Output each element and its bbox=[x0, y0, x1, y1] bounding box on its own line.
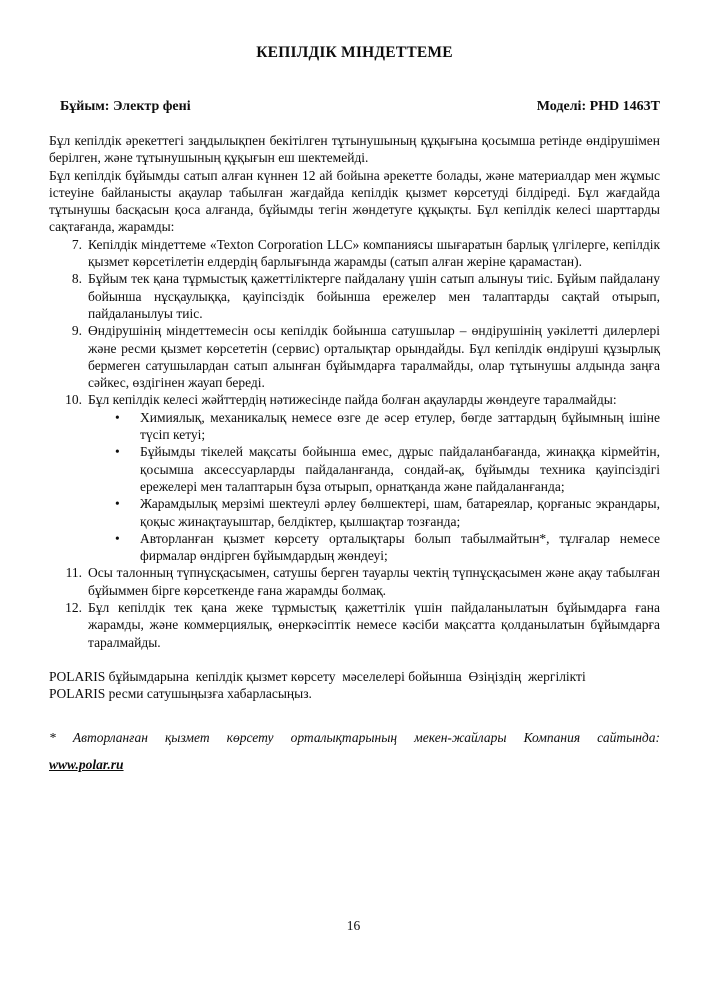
list-item-11: 11. Осы талонның түпнұсқасымен, сатушы б… bbox=[49, 564, 660, 599]
bullet-icon: • bbox=[49, 530, 140, 565]
list-item-7-number: 7. bbox=[49, 236, 88, 271]
intro-paragraph-2: Бұл кепілдік бұйымды сатып алған күннен … bbox=[49, 167, 660, 236]
product-model-row: Бұйым: Электр фені Моделі: PHD 1463T bbox=[49, 99, 660, 115]
bullet-icon: • bbox=[49, 443, 140, 495]
exclusion-bullet-3: • Жарамдылық мерзімі шектеулі әрлеу бөлш… bbox=[49, 495, 660, 530]
footnote-text: * Авторланған қызмет көрсету орталықтары… bbox=[49, 729, 660, 746]
exclusion-bullet-4: • Авторланған қызмет көрсету орталықтары… bbox=[49, 530, 660, 565]
list-item-8-text: Бұйым тек қана тұрмыстық қажеттіліктерге… bbox=[88, 270, 660, 322]
exclusion-bullet-1: • Химиялық, механикалық немесе өзге де ә… bbox=[49, 409, 660, 444]
polaris-contact-note: POLARIS бұйымдарына кепілдік қызмет көрс… bbox=[49, 668, 660, 703]
list-item-9-number: 9. bbox=[49, 322, 88, 391]
model-label: Моделі: PHD 1463T bbox=[537, 99, 660, 115]
list-item-10: 10. Бұл кепілдік келесі жәйттердің нәтиж… bbox=[49, 391, 660, 408]
list-item-10-number: 10. bbox=[49, 391, 88, 408]
warranty-terms-list: 7. Кепілдік міндеттеме «Texton Corporati… bbox=[49, 236, 660, 651]
list-item-12-number: 12. bbox=[49, 599, 88, 651]
polaris-note-line2: POLARIS ресми сатушыңызға хабарласыңыз. bbox=[49, 686, 312, 701]
exclusion-bullet-2-text: Бұйымды тікелей мақсаты бойынша емес, дұ… bbox=[140, 443, 660, 495]
list-item-12: 12. Бұл кепілдік тек қана жеке тұрмыстық… bbox=[49, 599, 660, 651]
list-item-11-text: Осы талонның түпнұсқасымен, сатушы берге… bbox=[88, 564, 660, 599]
list-item-7: 7. Кепілдік міндеттеме «Texton Corporati… bbox=[49, 236, 660, 271]
list-item-12-text: Бұл кепілдік тек қана жеке тұрмыстық қаж… bbox=[88, 599, 660, 651]
polaris-note-line1: POLARIS бұйымдарына кепілдік қызмет көрс… bbox=[49, 669, 586, 684]
footnote: * Авторланған қызмет көрсету орталықтары… bbox=[49, 729, 660, 774]
exclusion-bullet-2: • Бұйымды тікелей мақсаты бойынша емес, … bbox=[49, 443, 660, 495]
list-item-10-text: Бұл кепілдік келесі жәйттердің нәтижесін… bbox=[88, 391, 660, 408]
exclusion-bullet-4-text: Авторланған қызмет көрсету орталықтары б… bbox=[140, 530, 660, 565]
list-item-7-text: Кепілдік міндеттеме «Texton Corporation … bbox=[88, 236, 660, 271]
page-number: 16 bbox=[0, 918, 707, 934]
bullet-icon: • bbox=[49, 495, 140, 530]
exclusion-bullet-1-text: Химиялық, механикалық немесе өзге де әсе… bbox=[140, 409, 660, 444]
list-item-8: 8. Бұйым тек қана тұрмыстық қажеттілікте… bbox=[49, 270, 660, 322]
exclusions-bullet-list: • Химиялық, механикалық немесе өзге де ә… bbox=[49, 409, 660, 565]
warranty-document-page: КЕПІЛДІК МІНДЕТТЕМЕ Бұйым: Электр фені М… bbox=[0, 0, 707, 1000]
list-item-11-number: 11. bbox=[49, 564, 88, 599]
footnote-url-link[interactable]: www.polar.ru bbox=[49, 756, 124, 773]
exclusion-bullet-3-text: Жарамдылық мерзімі шектеулі әрлеу бөлшек… bbox=[140, 495, 660, 530]
bullet-icon: • bbox=[49, 409, 140, 444]
document-title: КЕПІЛДІК МІНДЕТТЕМЕ bbox=[49, 44, 660, 62]
product-label: Бұйым: Электр фені bbox=[60, 99, 191, 115]
intro-paragraph-1: Бұл кепілдік әрекеттегі заңдылықпен бекі… bbox=[49, 132, 660, 167]
list-item-8-number: 8. bbox=[49, 270, 88, 322]
list-item-9: 9. Өндірушінің міндеттемесін осы кепілді… bbox=[49, 322, 660, 391]
list-item-9-text: Өндірушінің міндеттемесін осы кепілдік б… bbox=[88, 322, 660, 391]
